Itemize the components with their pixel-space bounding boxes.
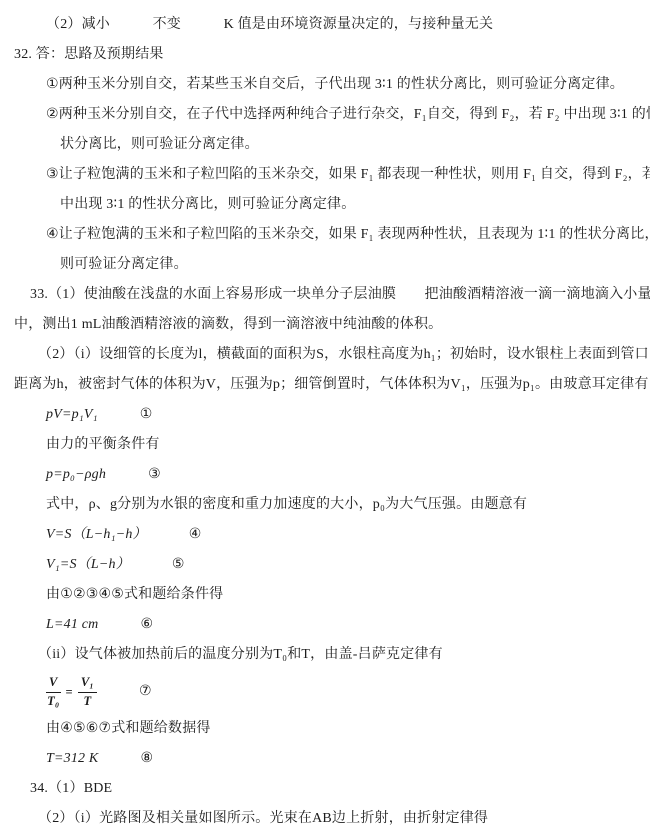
text-line: 则可验证分离定律。: [0, 250, 650, 280]
equation-number-tag: ①: [140, 400, 153, 430]
document-body: （2）减小 不变 K 值是由环境资源量决定的，与接种量无关32. 答：思路及预期…: [0, 0, 650, 834]
equation-line: V₁=S（L−h）⑤: [0, 550, 650, 580]
text-line: （ii）设气体被加热前后的温度分别为T₀和T，由盖-吕萨克定律有: [0, 640, 650, 670]
text-line: 32. 答：思路及预期结果: [0, 40, 650, 70]
text-line: ③让子粒饱满的玉米和子粒凹陷的玉米杂交，如果 F₁ 都表现一种性状，则用 F₁ …: [0, 160, 650, 190]
equation-formula: p=p₀−ρgh: [46, 460, 106, 490]
answer-document-page: （2）减小 不变 K 值是由环境资源量决定的，与接种量无关32. 答：思路及预期…: [0, 0, 650, 835]
text-line: ④让子粒饱满的玉米和子粒凹陷的玉米杂交，如果 F₁ 表现两种性状，且表现为 1∶…: [0, 220, 650, 250]
equation-formula: V₁=S（L−h）: [46, 550, 130, 580]
equation-line: V=S（L−h₁−h）④: [0, 520, 650, 550]
text-line: 由力的平衡条件有: [0, 430, 650, 460]
fraction: V₁T: [78, 675, 97, 709]
equation-number-tag: ⑥: [140, 610, 153, 640]
equation-formula: pV=p₁V₁: [46, 400, 98, 430]
text-line: 由④⑤⑥⑦式和题给数据得: [0, 714, 650, 744]
equation-formula: T=312 K: [46, 744, 98, 774]
equation-number-tag: ③: [148, 460, 161, 490]
equation-number-tag: ⑤: [172, 550, 185, 580]
equation-number-tag: ⑧: [140, 744, 153, 774]
fraction-equation-line: VT₀=V₁T⑦: [0, 670, 650, 714]
text-line: ①两种玉米分别自交，若某些玉米自交后，子代出现 3∶1 的性状分离比，则可验证分…: [0, 70, 650, 100]
text-line: ②两种玉米分别自交，在子代中选择两种纯合子进行杂交，F₁自交，得到 F₂，若 F…: [0, 100, 650, 130]
equation-line: pV=p₁V₁①: [0, 400, 650, 430]
text-line: （2）（i）设细管的长度为l，横截面的面积为S，水银柱高度为h₁；初始时，设水银…: [0, 340, 650, 370]
equals-sign: =: [66, 677, 73, 707]
text-line: （2）减小 不变 K 值是由环境资源量决定的，与接种量无关: [0, 10, 650, 40]
text-line: 式中，ρ、g分别为水银的密度和重力加速度的大小，p₀为大气压强。由题意有: [0, 490, 650, 520]
equation-formula: V=S（L−h₁−h）: [46, 520, 147, 550]
equation-formula: L=41 cm: [46, 610, 98, 640]
equation-line: p=p₀−ρgh③: [0, 460, 650, 490]
equation-number-tag: ④: [189, 520, 202, 550]
text-line: 由①②③④⑤式和题给条件得: [0, 580, 650, 610]
equation-line: L=41 cm⑥: [0, 610, 650, 640]
equation-line: T=312 K⑧: [0, 744, 650, 774]
text-line: 中出现 3∶1 的性状分离比，则可验证分离定律。: [0, 190, 650, 220]
text-line: 状分离比，则可验证分离定律。: [0, 130, 650, 160]
text-line: 距离为h，被密封气体的体积为V，压强为p；细管倒置时，气体体积为V₁，压强为p₁…: [0, 370, 650, 400]
text-line: （2）（i）光路图及相关量如图所示。光束在AB边上折射，由折射定律得: [0, 804, 650, 834]
text-line: 34.（1）BDE: [0, 774, 650, 804]
text-line: 33.（1）使油酸在浅盘的水面上容易形成一块单分子层油膜 把油酸酒精溶液一滴一滴…: [0, 280, 650, 310]
equation-number-tag: ⑦: [139, 677, 152, 707]
text-line: 中，测出1 mL油酸酒精溶液的滴数，得到一滴溶液中纯油酸的体积。: [0, 310, 650, 340]
fraction: VT₀: [46, 675, 61, 709]
